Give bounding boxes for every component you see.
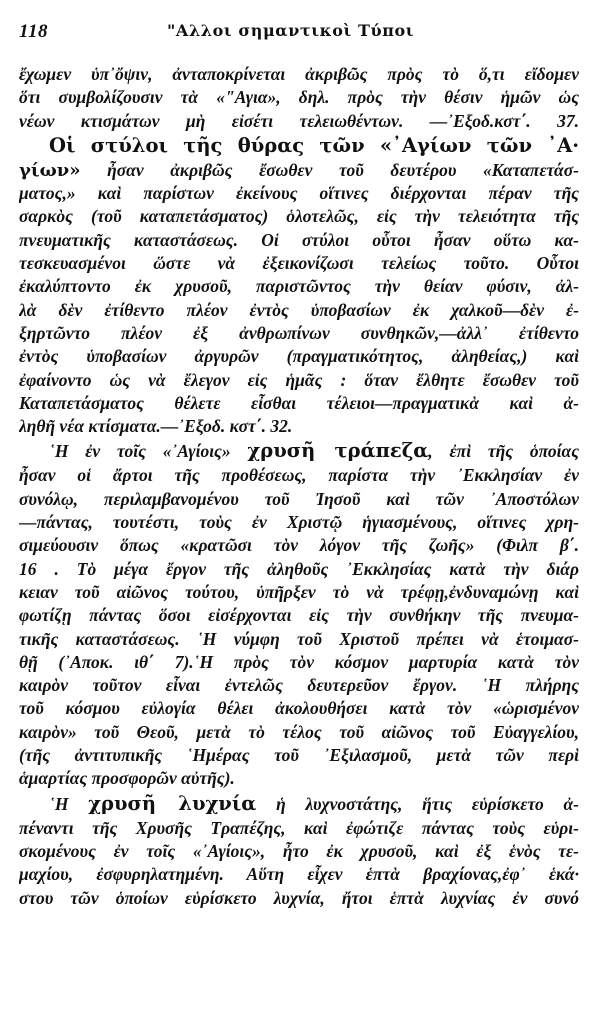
text-line: κειαν τοῦ αἰῶνος τούτου, ὑπῆρξεν τὸ νὰ τ… [19, 581, 579, 604]
text-span: ἡ λυχνοστάτης, ἥτις εὑρίσκετο ἀ- [256, 794, 579, 814]
text-line: μαχίου, ἐσφυρηλατημένη. Αὕτη εἶχεν ἑπτὰ … [19, 863, 579, 886]
paragraph-heading-line: Οἱ στύλοι τῆς θύρας τῶν «᾿Αγίων τῶν ᾿Α· [19, 133, 579, 159]
text-line: ξηρτῶντο πλέον ἐξ ἀνθρωπίνων συνθηκῶν,—ἀ… [19, 322, 579, 345]
text-line: σκομένους ἐν τοῖς «᾿Αγίοις», ἦτο ἐκ χρυσ… [19, 840, 579, 863]
running-head: 118 "Αλλοι σημαντικοὶ Τύποι [19, 21, 579, 47]
text-line: λὰ δὲν ἐτίθεντο πλέον ἐντὸς ὑποβασίων ἐκ… [19, 299, 579, 322]
text-line: ληθῆ νέα κτίσματα.—᾿Εξοδ. κστ΄. 32. [19, 415, 579, 438]
text-line: ἐκαλύπτοντο ἐκ χρυσοῦ, παριστῶντος τὴν θ… [19, 275, 579, 298]
text-line: στου τῶν ὁποίων εὑρίσκετο λυχνία, ἤτοι ἑ… [19, 887, 579, 910]
paragraph-heading-line: ῾Η χρυσῆ λυχνία ἡ λυχνοστάτης, ἥτις εὑρί… [19, 791, 579, 817]
text-line: φωτίζῃ πάντας ὅσοι εἰσέρχονται εἰς τὴν σ… [19, 604, 579, 627]
text-line: γίων» ἦσαν ἀκριβῶς ἔσωθεν τοῦ δευτέρου «… [19, 159, 579, 182]
bold-heading-phrase: γίων» [19, 160, 80, 181]
text-line: ματος,» καὶ παρίστων ἐκείνους οἵτινες δι… [19, 182, 579, 205]
bold-heading-phrase: χρυσῆ τράπεζα [247, 439, 428, 462]
bold-heading-phrase: Οἱ στύλοι τῆς θύρας τῶν «᾿Αγίων τῶν ᾿Α· [49, 134, 579, 157]
text-line: 16 . Τὸ μέγα ἔργον τῆς ἀληθοῦς ᾿Εκκλησία… [19, 558, 579, 581]
text-span: ῾Η [49, 794, 88, 814]
text-line: θῇ (᾿Αποκ. ιθ΄ 7).῾Η πρὸς τὸν κόσμον μαρ… [19, 651, 579, 674]
bold-heading-phrase: χρυσῆ λυχνία [88, 792, 256, 815]
text-span: ῾Η ἐν τοῖς «᾿Αγίοις» [49, 441, 247, 461]
text-line: καιρὸν τοῦτον εἶναι ἐντελῶς δευτερεῦον ἔ… [19, 674, 579, 697]
text-line: σιμεύουσιν ὅπως «κρατῶσι τὸν λόγον τῆς ζ… [19, 534, 579, 557]
text-line: τικῆς καταστάσεως. ῾Η νύμφη τοῦ Χριστοῦ … [19, 628, 579, 651]
text-line: νέων κτισμάτων μὴ εἰσέτι τελειωθέντων. —… [19, 110, 579, 133]
text-span: , ἐπὶ τῆς ὁποίας [428, 441, 579, 461]
text-line: πνευματικῆς καταστάσεως. Οἱ στύλοι οὗτοι… [19, 229, 579, 252]
text-line: ἐντὸς ὑποβασίων ἀργυρῶν (πραγματικότητος… [19, 345, 579, 368]
text-line: τοῦ κόσμου εὐλογία θέλει ἀκολουθήσει κατ… [19, 697, 579, 720]
running-title: "Αλλοι σημαντικοὶ Τύποι [167, 21, 414, 40]
page-number: 118 [19, 21, 48, 43]
text-line: ἦσαν οἱ ἄρτοι τῆς προθέσεως, παρίστα τὴν… [19, 464, 579, 487]
text-line: πέναντι τῆς Χρυσῆς Τραπέζης, καὶ ἐφώτιζε… [19, 817, 579, 840]
text-line: ἐφαίνοντο ὡς νὰ ἔλεγον εἰς ἡμᾶς : ὅταν ἔ… [19, 369, 579, 392]
book-page: 118 "Αλλοι σημαντικοὶ Τύποι ἔχωμεν ὑπ᾿ὄψ… [0, 0, 600, 1017]
text-line: Καταπετάσματος θέλετε εἶσθαι τέλειοι—πρα… [19, 392, 579, 415]
paragraph-heading-line: ῾Η ἐν τοῖς «᾿Αγίοις» χρυσῆ τράπεζα, ἐπὶ … [19, 438, 579, 464]
text-line: (τῆς ἀντιτυπικῆς ῾Ημέρας τοῦ ᾿Εξιλασμοῦ,… [19, 744, 579, 767]
text-line: σαρκὸς (τοῦ καταπετάσματος) ὁλοτελῶς, εἰ… [19, 205, 579, 228]
text-line: τεσκευασμένοι ὥστε νὰ ἐξεικονίζωσι τελεί… [19, 252, 579, 275]
text-line: καιρὸν» τοῦ Θεοῦ, μετὰ τὸ τέλος τοῦ αἰῶν… [19, 721, 579, 744]
text-line: ἔχωμεν ὑπ᾿ὄψιν, ἀνταποκρίνεται ἀκριβῶς π… [19, 63, 579, 86]
text-span: ἦσαν ἀκριβῶς ἔσωθεν τοῦ δευτέρου «Καταπε… [80, 160, 579, 180]
text-line: ὅτι συμβολίζουσιν τὰ «"Αγια», δηλ. πρὸς … [19, 86, 579, 109]
text-line: ἁμαρτίας προσφορῶν αὐτῆς). [19, 767, 579, 790]
text-line: συνόλῳ, περιλαμβανομένου τοῦ Ἰησοῦ καὶ τ… [19, 488, 579, 511]
text-line: —πάντας, τουτέστι, τοὺς ἐν Χριστῷ ἡγιασμ… [19, 511, 579, 534]
body-text: ἔχωμεν ὑπ᾿ὄψιν, ἀνταποκρίνεται ἀκριβῶς π… [19, 63, 579, 910]
